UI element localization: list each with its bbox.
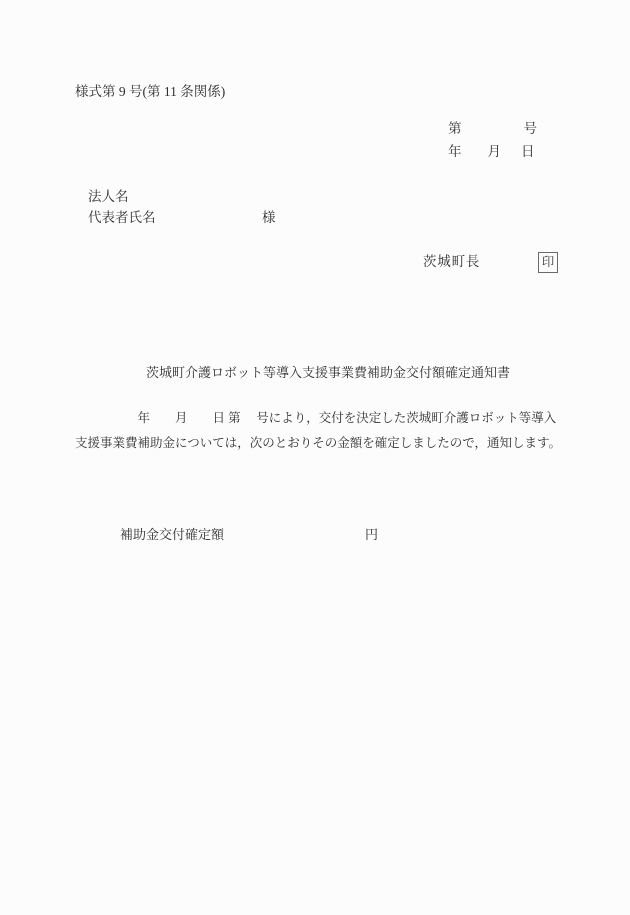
date-year-label: 年 — [448, 145, 462, 159]
doc-number-suffix: 号 — [524, 122, 538, 136]
amount-label: 補助金交付確定額 — [120, 528, 224, 541]
date-day-label: 日 — [521, 145, 535, 159]
seal-mark: 印 — [542, 256, 555, 269]
representative-label: 代表者氏名 — [88, 211, 156, 225]
doc-number-prefix: 第 — [448, 122, 462, 136]
body-paragraph: 年 月 日 第 号により，交付を決定した茨城町介護ロボット等導入 支援事業費補助… — [75, 406, 575, 456]
document-title: 茨城町介護ロボット等導入支援事業費補助金交付額確定通知書 — [146, 366, 510, 379]
document-page: 様式第 9 号(第 11 条関係) 第 号 年 月 日 法人名 代表者氏名 様 … — [0, 0, 630, 915]
form-number: 様式第 9 号(第 11 条関係) — [75, 85, 225, 99]
corporate-name-label: 法人名 — [88, 190, 129, 204]
document-number-line: 第 号 — [448, 122, 537, 136]
sender-mayor-name: 茨城町長 — [423, 255, 480, 269]
date-line: 年 月 日 — [448, 145, 535, 159]
date-month-label: 月 — [488, 145, 502, 159]
amount-unit-yen: 円 — [365, 528, 378, 541]
seal-box: 印 — [538, 252, 558, 273]
recipient-honorific: 様 — [262, 211, 276, 225]
